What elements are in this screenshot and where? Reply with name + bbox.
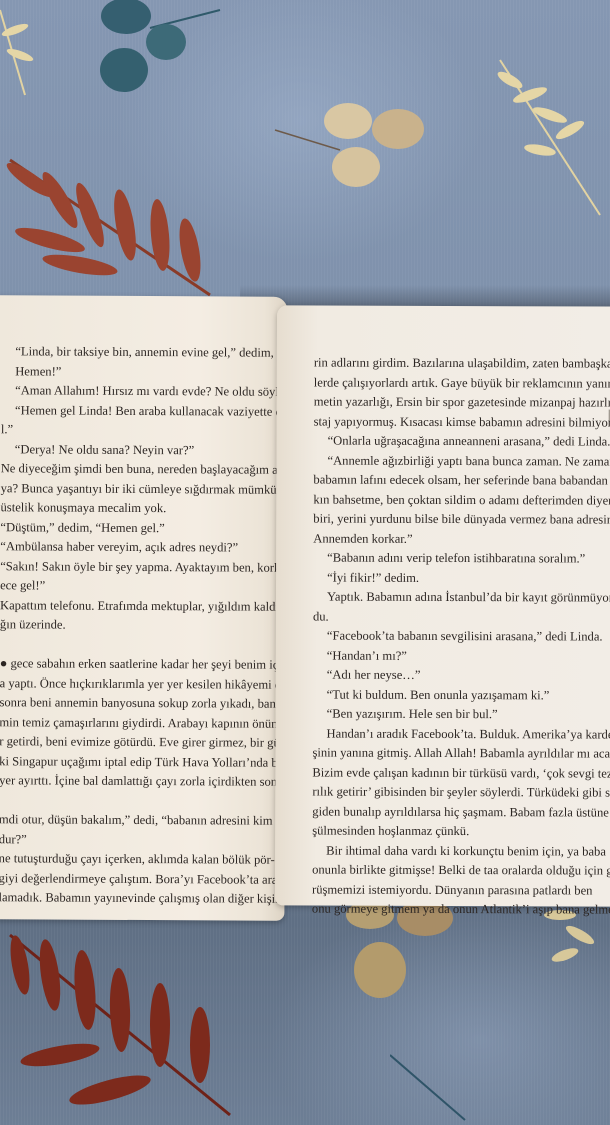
text-line: ki Singapur uçağımı iptal edip Türk Hava…: [0, 752, 315, 773]
text-line: biri, yerini yurdunu bilse bile dünyada …: [313, 510, 610, 531]
text-line: ğın üzerinde.: [0, 615, 315, 636]
text-line: şinin yanına gitmiş. Allah Allah! Babaml…: [312, 744, 610, 765]
text-line: lerde çalışıyorlardı artık. Gaye büyük b…: [314, 373, 610, 394]
text-line: ya? Bunca yaşantıyı bir iki cümleye sığd…: [1, 479, 317, 500]
text-line: üstelik konuşmaya mecalim yok.: [0, 498, 316, 519]
text-line: du.: [313, 607, 610, 628]
text-line: yer ayırttı. İçine bal damlattığı çayı z…: [0, 771, 315, 792]
text-line: “Onlarla uğraşacağına anneanneni arasana…: [314, 432, 610, 453]
text-line: “Adı her neyse…”: [313, 666, 610, 687]
text-line: Yaptık. Babamın adına İstanbul’da bir ka…: [313, 588, 610, 609]
text-line: “Sakın! Sakın öyle bir şey yapma. Ayakta…: [0, 557, 316, 578]
seed-pods-icon: [270, 95, 430, 195]
text-line: kın bahsetme, ben çoktan sildim o adamı …: [313, 490, 610, 511]
text-line: onu görmeye gitmem ya da onun Atlantik’i…: [312, 900, 610, 921]
text-line: giden bunalıp ayrıldılarsa hiç şaşmam. B…: [312, 802, 610, 823]
text-line: l.”: [1, 420, 317, 441]
text-line: Hemen!”: [1, 362, 317, 383]
text-line: Kapattım telefonu. Etrafımda mektuplar, …: [0, 596, 316, 617]
text-line: ne tutuşturduğu çayı içerken, aklımda ka…: [0, 849, 314, 870]
fern-leaf-icon: [0, 140, 230, 300]
text-line: r getirdi, beni evimize götürdü. Eve gir…: [0, 732, 315, 753]
text-line: sonra beni annemin banyosuna sokup zorla…: [0, 693, 315, 714]
text-line: giyi değerlendirmeye çalıştım. Bora’yı F…: [0, 869, 314, 890]
text-line: şülmesinden hoşlanmaz çünkü.: [312, 822, 610, 843]
text-line: mdi otur, düşün bakalım,” dedi, “babanın…: [0, 810, 314, 831]
text-line: lamadık. Babamın yayınevinde çalışmış ol…: [0, 888, 314, 909]
sprig-icon: [0, 0, 45, 100]
text-line: “Ben yazışırım. Hele sen bir bul.”: [313, 705, 610, 726]
text-line: “Aman Allahım! Hırsız mı vardı evde? Ne …: [1, 381, 317, 402]
text-line: a yaptı. Önce hıçkırıklarımla yer yer ke…: [0, 674, 315, 695]
text-line: rin adlarını girdim. Bazılarına ulaşabil…: [314, 354, 610, 375]
text-line: dur?”: [0, 830, 314, 851]
text-line: “Derya! Ne oldu sana? Neyin var?”: [1, 440, 317, 461]
text-line: “Babanın adını verip telefon istihbaratı…: [313, 549, 610, 570]
eucalyptus-leaves-icon: [90, 0, 230, 95]
text-line: rüşmemizi istemiyordu. Dünyanın parasına…: [312, 880, 610, 901]
text-line: “Linda, bir taksiye bin, annemin evine g…: [1, 342, 317, 363]
text-line: metin yazarlığı, Ersin bir spor gazetesi…: [314, 393, 610, 414]
text-line: Annemden korkar.”: [313, 529, 610, 550]
text-line: “İyi fikir!” dedim.: [313, 568, 610, 589]
text-line: “Düştüm,” dedim, “Hemen gel.”: [0, 518, 316, 539]
right-page-text: rin adlarını girdim. Bazılarına ulaşabil…: [312, 354, 610, 921]
text-line: “Ambülansa haber vereyim, açık adres ney…: [0, 537, 316, 558]
text-line: Bir ihtimal daha vardı ki korkunçtu beni…: [312, 841, 610, 862]
left-page-text: “Linda, bir taksiye bin, annemin evine g…: [0, 342, 317, 909]
fern-leaf-icon: [0, 925, 240, 1125]
text-line: ● gece sabahın erken saatlerine kadar he…: [0, 654, 315, 675]
text-line: min temiz çamaşırlarını giydirdi. Arabay…: [0, 713, 315, 734]
text-line: babamın lafını edecek olsam, her seferin…: [313, 471, 610, 492]
text-line: rılık getirir’ gibisinden bir şeyler söy…: [312, 783, 610, 804]
text-line: “Tut ki buldum. Ben onunla yazışamam ki.…: [313, 685, 610, 706]
left-page: “Linda, bir taksiye bin, annemin evine g…: [0, 295, 288, 921]
text-line: Handan’ı aradık Facebook’ta. Bulduk. Ame…: [313, 724, 610, 745]
text-line: ece gel!”: [0, 576, 316, 597]
paragraph-gap: [0, 791, 315, 812]
text-line: Ne diyeceğim şimdi ben buna, nereden baş…: [1, 459, 317, 480]
paragraph-gap: [0, 635, 315, 656]
text-line: “Handan’ı mı?”: [313, 646, 610, 667]
text-line: “Hemen gel Linda! Ben araba kullanacak v…: [1, 401, 317, 422]
stem-icon: [390, 1050, 470, 1125]
text-line: staj yapıyormuş. Kısacası kimse babamın …: [314, 412, 610, 433]
text-line: onunla birlikte gitmişse! Belki de taa o…: [312, 861, 610, 882]
text-line: Bizim evde çalışan kadının bir türküsü v…: [312, 763, 610, 784]
text-line: “Facebook’ta babanın sevgilisini arasana…: [313, 627, 610, 648]
sprig-icon: [480, 40, 610, 220]
right-page: rin adlarını girdim. Bazılarına ulaşabil…: [275, 305, 610, 906]
text-line: “Annemle ağızbirliği yaptı bana bunca za…: [313, 451, 610, 472]
